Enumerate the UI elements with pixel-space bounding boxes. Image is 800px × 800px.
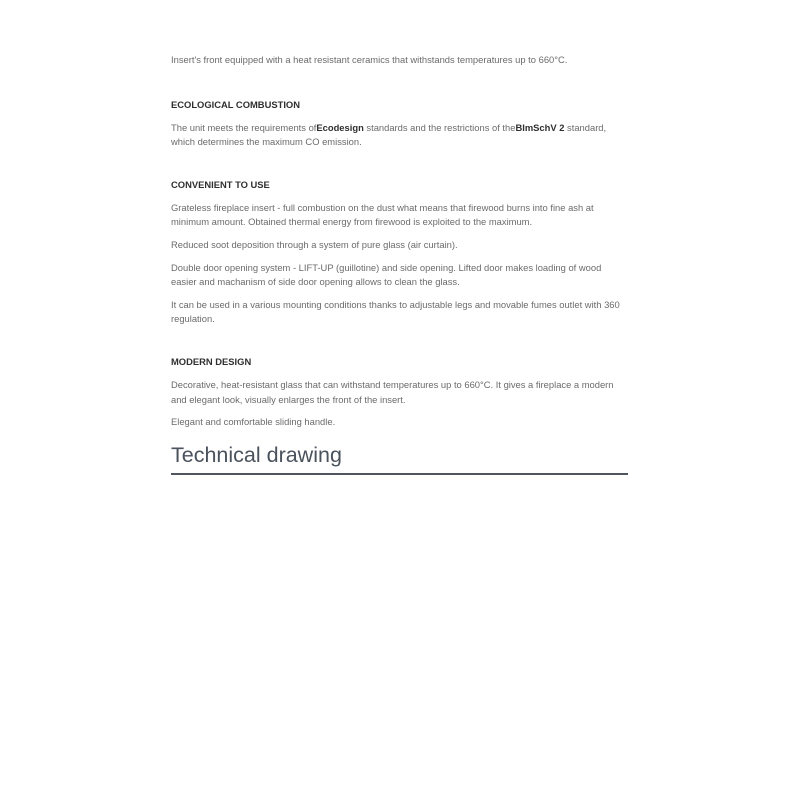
convenient-paragraph-3: Double door opening system - LIFT-UP (gu… <box>171 261 628 290</box>
modern-paragraph-2: Elegant and comfortable sliding handle. <box>171 415 628 430</box>
heading-modern-design: MODERN DESIGN <box>171 355 628 369</box>
eco-text-pre: The unit meets the requirements of <box>171 122 316 133</box>
intro-paragraph: Insert's front equipped with a heat resi… <box>171 53 628 68</box>
bimschv-bold: BImSchV 2 <box>515 122 564 133</box>
modern-paragraph-1: Decorative, heat-resistant glass that ca… <box>171 378 628 407</box>
ecodesign-bold: Ecodesign <box>316 122 363 133</box>
ecological-paragraph: The unit meets the requirements ofEcodes… <box>171 121 628 150</box>
convenient-paragraph-4: It can be used in a various mounting con… <box>171 298 628 327</box>
heading-ecological-combustion: ECOLOGICAL COMBUSTION <box>171 98 628 112</box>
eco-text-mid: standards and the restrictions of the <box>364 122 516 133</box>
heading-convenient-to-use: CONVENIENT TO USE <box>171 178 628 192</box>
convenient-paragraph-2: Reduced soot deposition through a system… <box>171 238 628 253</box>
convenient-paragraph-1: Grateless fireplace insert - full combus… <box>171 201 628 230</box>
product-description: Insert's front equipped with a heat resi… <box>171 53 628 493</box>
technical-drawing-title: Technical drawing <box>171 442 628 475</box>
